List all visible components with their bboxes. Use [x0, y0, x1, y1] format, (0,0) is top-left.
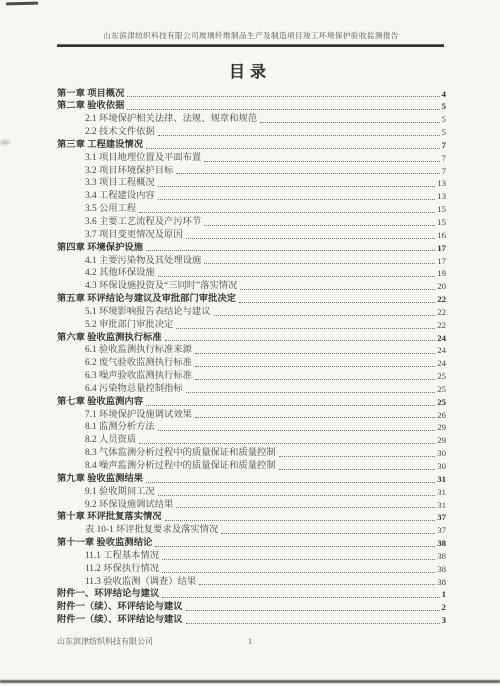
toc-entry-page: 22	[437, 319, 446, 331]
toc-entry-page: 29	[437, 434, 446, 446]
toc-entry: 5.2 审批部门审批决定 22	[57, 318, 446, 331]
toc-dot-leader	[195, 353, 435, 354]
toc-dot-leader	[158, 495, 435, 496]
toc-entry-label: 3.3 项目工程概况	[85, 177, 155, 189]
toc-entry-page: 15	[437, 216, 446, 228]
toc-entry-page: 38	[437, 537, 446, 549]
toc-entry-label: 第九章 验收监测结果	[57, 473, 143, 485]
toc-entry: 6.4 污染物总量控制指标 25	[57, 382, 446, 395]
toc-entry: 第三章 工程建设情况 7	[57, 138, 446, 151]
toc-dot-leader	[195, 417, 435, 418]
toc-entry-page: 38	[437, 576, 446, 588]
toc-entry-page: 29	[437, 421, 446, 433]
toc-entry-page: 4	[442, 88, 446, 100]
toc-entry-label: 4.3 环保设施投资及“三同时”落实情况	[85, 280, 237, 292]
toc-entry: 3.2 项目环境保护目标 7	[57, 164, 446, 177]
toc-entry-page: 13	[437, 190, 446, 202]
toc-entry-page: 17	[437, 242, 446, 254]
toc-entry-page: 3	[442, 614, 446, 626]
toc-dot-leader	[176, 328, 435, 329]
toc-entry-label: 11.1 工程基本情况	[85, 550, 159, 562]
toc-entry-page: 13	[437, 177, 446, 189]
toc-entry-label: 2.2 技术文件依据	[85, 126, 155, 138]
toc-entry-label: 附件一、环评结论与建议	[57, 588, 159, 600]
toc-dot-leader	[146, 250, 435, 251]
toc-entry-label: 3.1 项目地理位置及平面布置	[85, 152, 201, 164]
toc-entry-page: 22	[437, 306, 446, 318]
toc-entry: 11.1 工程基本情况 38	[57, 549, 446, 562]
toc-entry: 第九章 验收监测结果 31	[57, 472, 446, 485]
toc-entry-page: 20	[437, 280, 446, 292]
toc-dot-leader	[260, 122, 440, 123]
toc-entry-label: 第二章 验收依据	[57, 100, 124, 112]
toc-entry-page: 24	[437, 344, 446, 356]
toc-entry: 第二章 验收依据 5	[57, 100, 446, 113]
toc-entry: 附件一、环评结论与建议 1	[57, 588, 446, 601]
toc-entry-label: 4.1 主要污染物及其处理设施	[85, 255, 201, 267]
toc-entry-label: 11.3 验收监测（调查）结果	[85, 576, 196, 588]
toc-entry-label: 6.2 废气验收监测执行标准	[85, 357, 192, 369]
toc-entry-label: 11.2 环保执行情况	[85, 563, 159, 575]
toc-entry: 8.3 气体监测分析过程中的质量保证和质量控制 30	[57, 447, 446, 460]
toc-entry-page: 16	[437, 229, 446, 241]
toc-entry: 11.2 环保执行情况 38	[57, 562, 446, 575]
toc-entry: 9.2 环保设施调试结果 31	[57, 498, 446, 511]
toc-entry-label: 3.4 工程建设内容	[85, 190, 155, 202]
toc-dot-leader	[139, 443, 435, 444]
toc-entry-page: 25	[437, 383, 446, 395]
toc-entry-page: 7	[442, 165, 446, 177]
toc-dot-leader	[240, 289, 435, 290]
toc-dot-leader	[139, 212, 435, 213]
scanned-document-page: 山东滨津纺织科技有限公司玻璃纤维制品生产及制造项目竣工环境保护验收监测报告 目录…	[0, 0, 500, 686]
toc-entry: 6.2 废气验收监测执行标准 24	[57, 357, 446, 370]
toc-entry-label: 6.4 污染物总量控制指标	[85, 383, 183, 395]
toc-entry-label: 第七章 验收监测内容	[57, 396, 143, 408]
toc-dot-leader	[165, 520, 436, 521]
toc-entry: 3.7 项目变更情况及原因 16	[57, 228, 446, 241]
toc-entry-label: 9.1 验收期间工况	[85, 486, 155, 498]
toc-dot-leader	[176, 507, 435, 508]
toc-entry-page: 17	[437, 255, 446, 267]
toc-entry-page: 37	[437, 524, 446, 536]
toc-entry-page: 26	[437, 409, 446, 421]
toc-list: 第一章 项目概况 4 第二章 验收依据 5 2.1 环境保护相关法律、法规、规章…	[57, 87, 446, 626]
footer-page-number: 1	[57, 637, 443, 646]
scan-artifact-top-left	[6, 2, 38, 6]
toc-dot-leader	[204, 225, 435, 226]
toc-entry-label: 第十章 环评批复落实情况	[57, 511, 162, 523]
toc-dot-leader	[146, 405, 435, 406]
toc-entry: 4.2 其他环保设施 19	[57, 267, 446, 280]
toc-dot-leader	[186, 610, 440, 611]
toc-entry: 2.2 技术文件依据 5	[57, 126, 446, 139]
toc-entry-page: 30	[437, 460, 446, 472]
toc-entry-label: 6.3 噪声验收监测执行标准	[85, 370, 192, 382]
toc-entry: 6.1 验收监测执行标准来源 24	[57, 344, 446, 357]
toc-entry-page: 24	[437, 332, 446, 344]
toc-entry-label: 8.1 监测分析方法	[85, 421, 155, 433]
toc-dot-leader	[158, 430, 435, 431]
toc-dot-leader	[127, 109, 439, 110]
toc-dot-leader	[221, 533, 435, 534]
toc-title: 目录	[0, 59, 500, 82]
toc-entry: 8.4 噪声监测分析过程中的质量保证和质量控制 30	[57, 459, 446, 472]
toc-entry-page: 1	[442, 588, 446, 600]
toc-entry: 6.3 噪声验收监测执行标准 25	[57, 370, 446, 383]
toc-entry-label: 7.1 环境保护设施调试效果	[85, 409, 192, 421]
toc-entry-label: 附件一（续）、环评结论与建议	[57, 601, 183, 613]
toc-entry-label: 第十一章 验收监测结论	[57, 537, 152, 549]
toc-entry: 第六章 验收监测执行标准 24	[57, 331, 446, 344]
toc-dot-leader	[158, 199, 435, 200]
toc-entry: 8.1 监测分析方法 29	[57, 421, 446, 434]
toc-dot-leader	[279, 469, 436, 470]
toc-entry: 5.1 环境影响报告表结论与建议 22	[57, 305, 446, 318]
toc-dot-leader	[186, 392, 436, 393]
toc-entry-page: 15	[437, 203, 446, 215]
toc-entry: 3.5 公用工程 15	[57, 203, 446, 216]
toc-entry-page: 5	[442, 113, 446, 125]
toc-entry: 第十一章 验收监测结论 38	[57, 537, 446, 550]
toc-dot-leader	[162, 559, 435, 560]
toc-entry-label: 8.4 噪声监测分析过程中的质量保证和质量控制	[85, 460, 276, 472]
toc-entry-label: 5.1 环境影响报告表结论与建议	[85, 306, 211, 318]
toc-entry-label: 第三章 工程建设情况	[57, 139, 143, 151]
toc-entry-page: 31	[437, 486, 446, 498]
toc-dot-leader	[176, 173, 439, 174]
toc-entry-label: 9.2 环保设施调试结果	[85, 499, 173, 511]
toc-entry-page: 38	[437, 563, 446, 575]
toc-entry-page: 19	[437, 267, 446, 279]
toc-entry: 3.1 项目地理位置及平面布置 7	[57, 151, 446, 164]
toc-dot-leader	[158, 135, 440, 136]
toc-dot-leader	[279, 456, 436, 457]
toc-dot-leader	[195, 366, 435, 367]
toc-dot-leader	[158, 276, 435, 277]
toc-entry-page: 24	[437, 357, 446, 369]
toc-dot-leader	[195, 379, 435, 380]
toc-entry-label: 4.2 其他环保设施	[85, 267, 155, 279]
toc-entry-label: 3.2 项目环境保护目标	[85, 165, 173, 177]
toc-entry: 第五章 环评结论与建议及审批部门审批决定 22	[57, 293, 446, 306]
toc-entry: 3.4 工程建设内容 13	[57, 190, 446, 203]
toc-entry-label: 8.3 气体监测分析过程中的质量保证和质量控制	[85, 447, 276, 459]
toc-entry-page: 22	[437, 293, 446, 305]
toc-dot-leader	[165, 340, 436, 341]
toc-entry-page: 37	[437, 511, 446, 523]
toc-dot-leader	[162, 572, 435, 573]
toc-entry-page: 7	[442, 139, 446, 151]
toc-entry-label: 3.7 项目变更情况及原因	[85, 229, 183, 241]
toc-dot-leader	[199, 584, 435, 585]
toc-entry-page: 25	[437, 370, 446, 382]
toc-entry: 表 10-1 环评批复要求及落实情况 37	[57, 524, 446, 537]
toc-entry-page: 30	[437, 447, 446, 459]
toc-entry: 3.6 主要工艺流程及产污环节 15	[57, 215, 446, 228]
toc-entry-page: 5	[442, 126, 446, 138]
toc-dot-leader	[214, 315, 436, 316]
toc-entry: 附件一（续）、环评结论与建议 2	[57, 601, 446, 614]
toc-entry: 3.3 项目工程概况 13	[57, 177, 446, 190]
toc-entry-label: 第六章 验收监测执行标准	[57, 332, 162, 344]
toc-entry-page: 38	[437, 550, 446, 562]
toc-entry-page: 2	[442, 601, 446, 613]
toc-entry-label: 3.5 公用工程	[85, 203, 136, 215]
toc-entry-label: 6.1 验收监测执行标准来源	[85, 344, 192, 356]
toc-dot-leader	[239, 302, 435, 303]
toc-entry-label: 5.2 审批部门审批决定	[85, 319, 173, 331]
toc-entry-label: 表 10-1 环评批复要求及落实情况	[85, 524, 218, 536]
toc-entry-page: 5	[442, 100, 446, 112]
toc-dot-leader	[158, 186, 435, 187]
toc-dot-leader	[146, 482, 435, 483]
toc-entry-label: 附件一（续）、环评结论与建议	[57, 614, 183, 626]
toc-entry-page: 7	[442, 152, 446, 164]
toc-entry: 第七章 验收监测内容 25	[57, 395, 446, 408]
toc-dot-leader	[155, 546, 435, 547]
toc-entry-page: 31	[437, 499, 446, 511]
toc-entry: 9.1 验收期间工况 31	[57, 485, 446, 498]
toc-entry-page: 31	[437, 473, 446, 485]
toc-entry-label: 第五章 环评结论与建议及审批部门审批决定	[57, 293, 236, 305]
scan-artifact-left-smudge	[0, 140, 10, 145]
toc-dot-leader	[204, 161, 439, 162]
toc-dot-leader	[127, 96, 439, 97]
toc-dot-leader	[162, 597, 439, 598]
toc-entry: 4.3 环保设施投资及“三同时”落实情况 20	[57, 280, 446, 293]
toc-dot-leader	[204, 263, 435, 264]
toc-entry: 第一章 项目概况 4	[57, 87, 446, 100]
toc-dot-leader	[186, 238, 436, 239]
toc-dot-leader	[146, 148, 440, 149]
toc-entry: 4.1 主要污染物及其处理设施 17	[57, 254, 446, 267]
toc-entry: 第十章 环评批复落实情况 37	[57, 511, 446, 524]
toc-dot-leader	[186, 623, 440, 624]
toc-entry: 8.2 人员资质 29	[57, 434, 446, 447]
scan-artifact-bottom-edge	[0, 680, 500, 683]
toc-entry: 11.3 验收监测（调查）结果 38	[57, 575, 446, 588]
header-rule	[57, 44, 444, 47]
toc-entry: 附件一（续）、环评结论与建议 3	[57, 614, 446, 627]
toc-entry-page: 25	[437, 396, 446, 408]
toc-entry-label: 2.1 环境保护相关法律、法规、规章和规范	[85, 113, 257, 125]
toc-entry-label: 第一章 项目概况	[57, 88, 124, 100]
toc-entry-label: 8.2 人员资质	[85, 434, 136, 446]
toc-entry: 2.1 环境保护相关法律、法规、规章和规范 5	[57, 113, 446, 126]
toc-entry: 第四章 环境保护设施 17	[57, 241, 446, 254]
toc-entry-label: 3.6 主要工艺流程及产污环节	[85, 216, 201, 228]
running-header: 山东滨津纺织科技有限公司玻璃纤维制品生产及制造项目竣工环境保护验收监测报告	[60, 30, 442, 41]
toc-entry: 7.1 环境保护设施调试效果 26	[57, 408, 446, 421]
toc-entry-label: 第四章 环境保护设施	[57, 242, 143, 254]
